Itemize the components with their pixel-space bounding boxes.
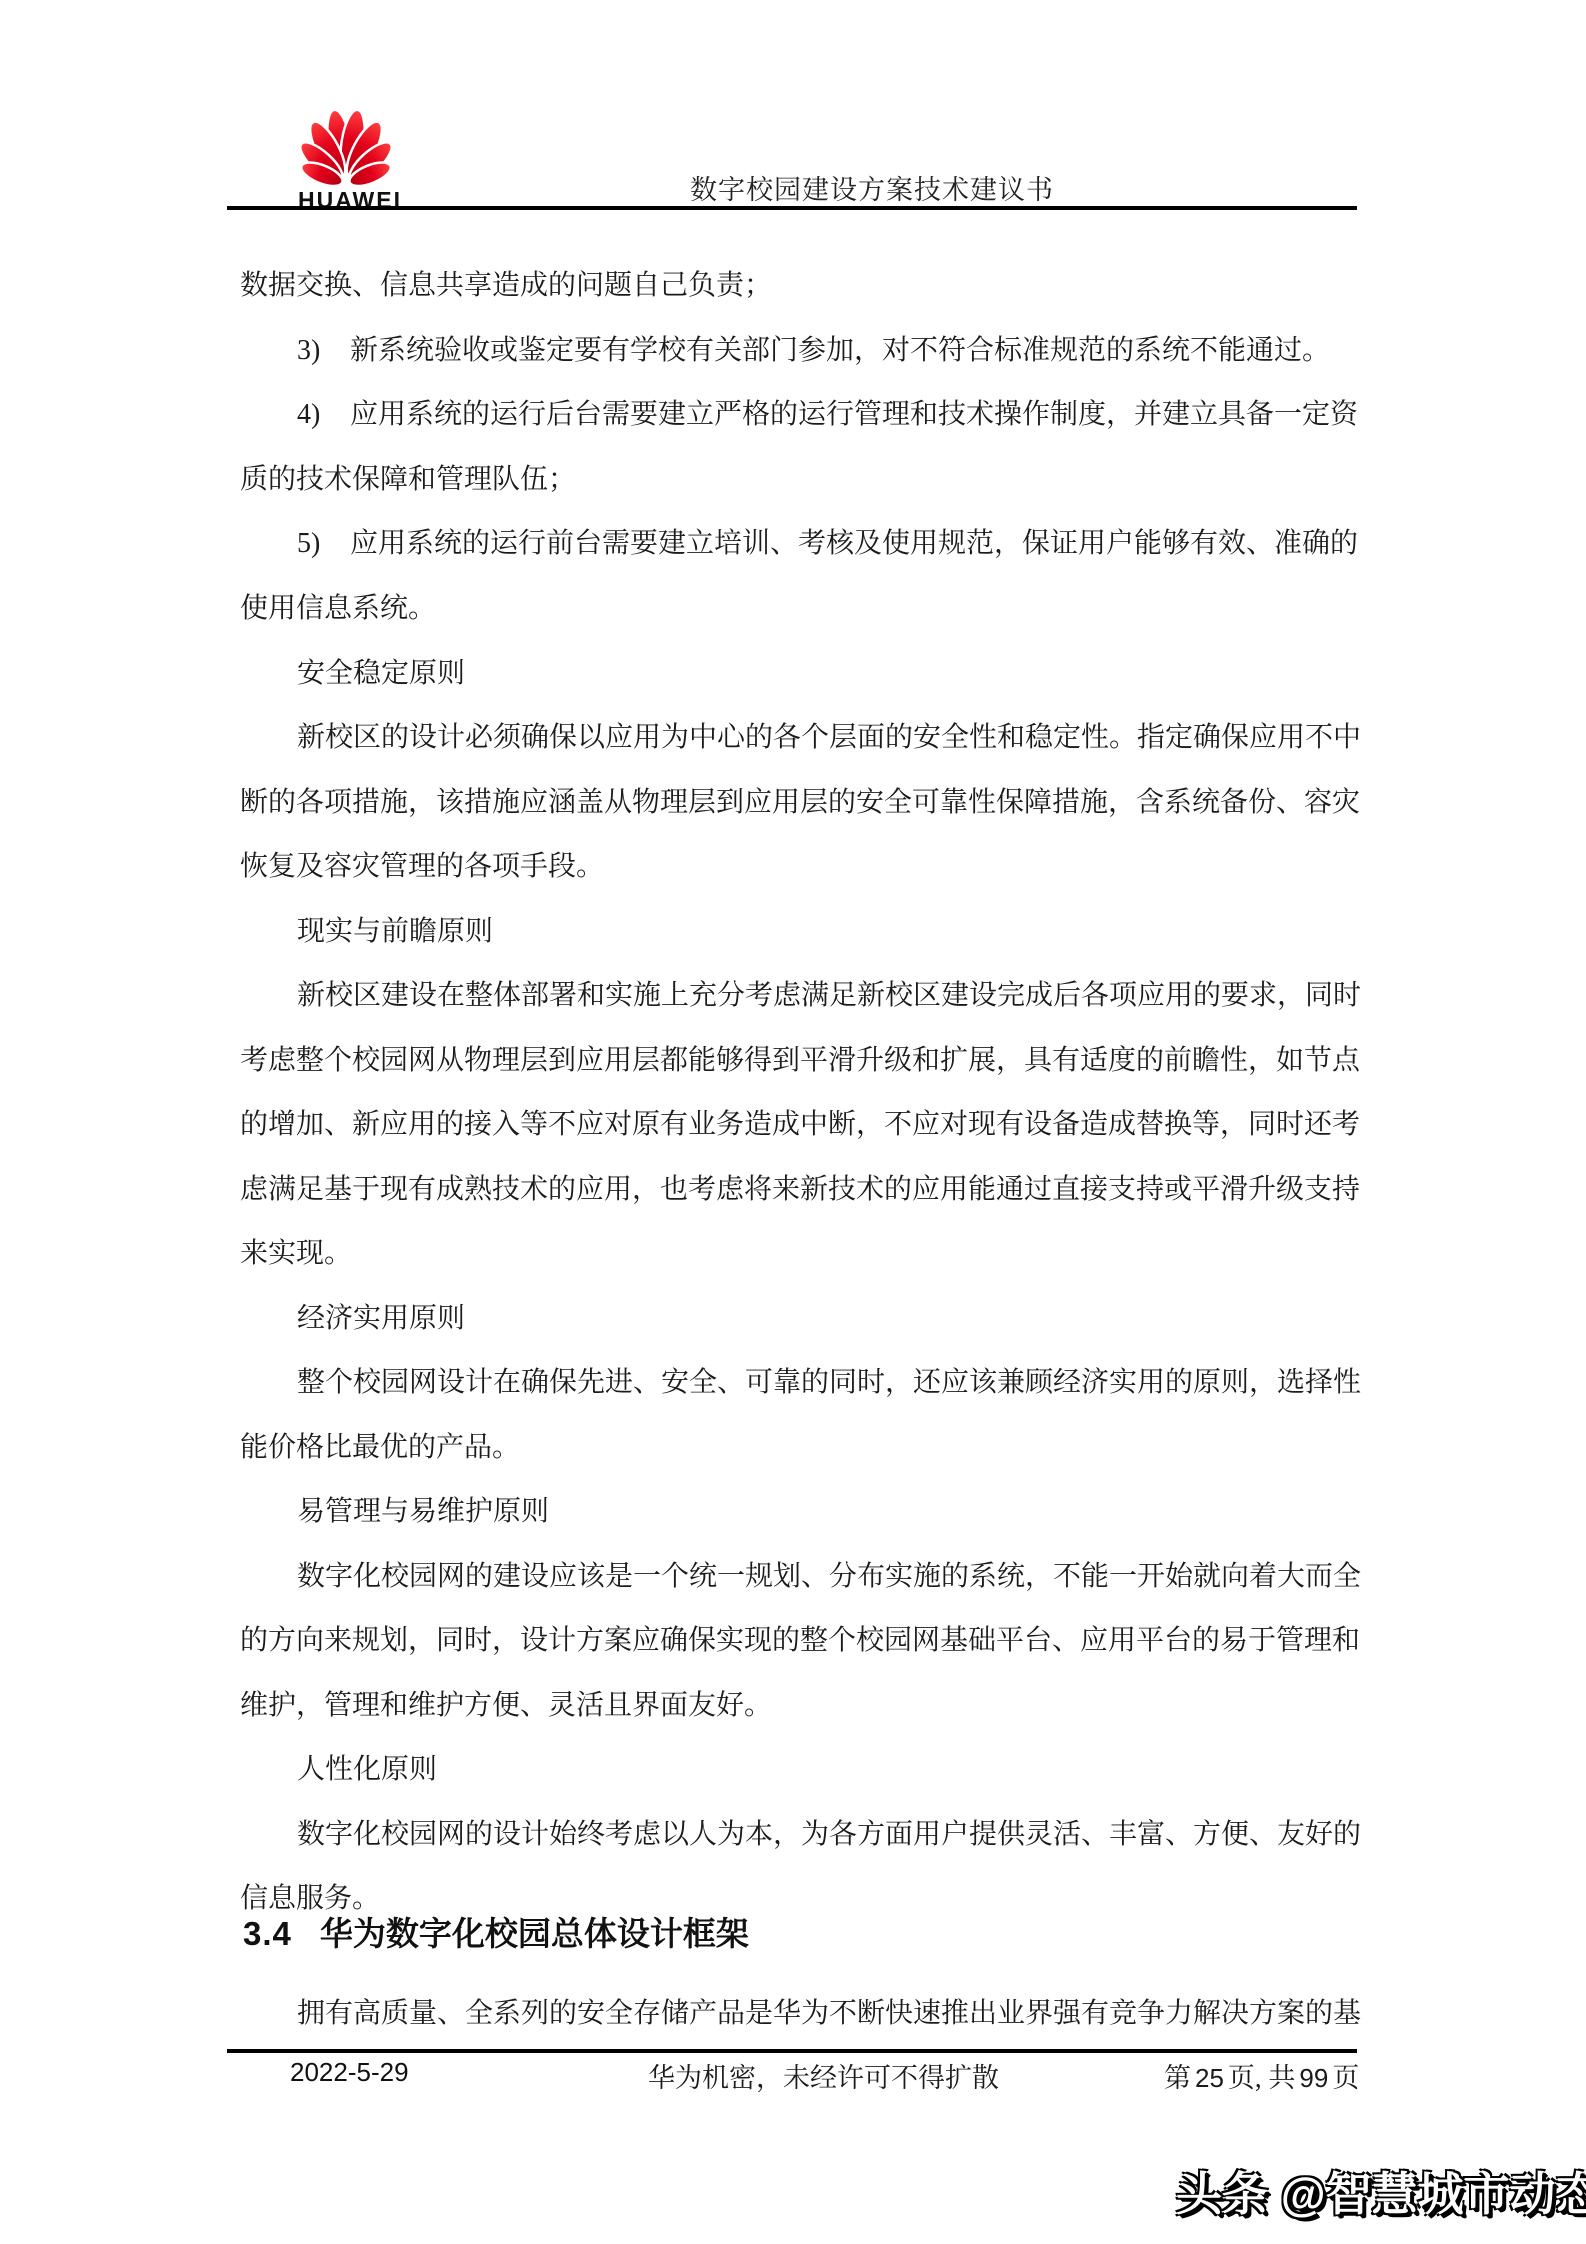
- line-text: 恢复及容灾管理的各项手段。: [240, 851, 604, 882]
- body-line: 考虑整个校园网从物理层到应用层都能够得到平滑升级和扩展，具有适度的前瞻性，如节点: [240, 1045, 1360, 1077]
- body-line: 数据交换、信息共享造成的问题自己负责；: [240, 270, 772, 302]
- body-line: 安全稳定原则: [240, 658, 465, 690]
- body-line: 经济实用原则: [240, 1303, 465, 1335]
- watermark: 头条 @智慧城市动态: [1176, 2158, 1586, 2224]
- body-line: 的增加、新应用的接入等不应对原有业务造成中断，不应对现有设备造成替换等，同时还考: [240, 1109, 1360, 1141]
- body-line: 4)应用系统的运行后台需要建立严格的运行管理和技术操作制度，并建立具备一定资: [240, 399, 1358, 431]
- body-line: 新校区的设计必须确保以应用为中心的各个层面的安全性和稳定性。指定确保应用不中: [240, 722, 1361, 754]
- list-number: 5): [297, 528, 350, 560]
- line-text: 的增加、新应用的接入等不应对原有业务造成中断，不应对现有设备造成替换等，同时还考: [240, 1109, 1360, 1140]
- line-text: 来实现。: [240, 1238, 352, 1269]
- line-text: 新系统验收或鉴定要有学校有关部门参加，对不符合标准规范的系统不能通过。: [350, 335, 1330, 366]
- header-document-title: 数字校园建设方案技术建议书: [690, 168, 1054, 207]
- body-line: 现实与前瞻原则: [240, 916, 493, 948]
- section-heading: 3.4华为数字化校园总体设计框架: [243, 1908, 749, 1955]
- body-line: 新校区建设在整体部署和实施上充分考虑满足新校区建设完成后各项应用的要求，同时: [240, 980, 1361, 1012]
- footer-confidential: 华为机密，未经许可不得扩散: [648, 2056, 999, 2095]
- body-line: 拥有高质量、全系列的安全存储产品是华为不断快速推出业界强有竞争力解决方案的基: [240, 1998, 1361, 2030]
- body-line: 人性化原则: [240, 1754, 437, 1786]
- line-text: 考虑整个校园网从物理层到应用层都能够得到平滑升级和扩展，具有适度的前瞻性，如节点: [240, 1045, 1360, 1076]
- body-line: 虑满足基于现有成熟技术的应用，也考虑将来新技术的应用能通过直接支持或平滑升级支持: [240, 1174, 1360, 1206]
- line-text: 新校区建设在整体部署和实施上充分考虑满足新校区建设完成后各项应用的要求，同时: [297, 980, 1361, 1011]
- section-number: 3.4: [243, 1915, 292, 1952]
- body-line: 数字化校园网的建设应该是一个统一规划、分布实施的系统，不能一开始就向着大而全: [240, 1561, 1361, 1593]
- section-title: 华为数字化校园总体设计框架: [320, 1915, 749, 1952]
- list-number: 4): [297, 399, 350, 431]
- huawei-flower-icon: [298, 106, 394, 186]
- line-text: 质的技术保障和管理队伍；: [240, 464, 576, 495]
- list-number: 3): [297, 335, 350, 367]
- body-line: 质的技术保障和管理队伍；: [240, 464, 576, 496]
- line-text: 人性化原则: [297, 1754, 437, 1785]
- line-text: 整个校园网设计在确保先进、安全、可靠的同时，还应该兼顾经济实用的原则，选择性: [297, 1367, 1361, 1398]
- line-text: 易管理与易维护原则: [297, 1496, 549, 1527]
- footer-page-prefix: 第: [1164, 2063, 1191, 2093]
- line-text: 虑满足基于现有成熟技术的应用，也考虑将来新技术的应用能通过直接支持或平滑升级支持: [240, 1174, 1360, 1205]
- footer-date: 2022-5-29: [290, 2057, 409, 2088]
- footer-page-suffix: 页: [1332, 2063, 1359, 2093]
- body-line: 使用信息系统。: [240, 593, 436, 625]
- line-text: 经济实用原则: [297, 1303, 465, 1334]
- footer-page-current: 25: [1195, 2063, 1224, 2093]
- body-line: 数字化校园网的设计始终考虑以人为本，为各方面用户提供灵活、丰富、方便、友好的: [240, 1819, 1361, 1851]
- line-text: 应用系统的运行后台需要建立严格的运行管理和技术操作制度，并建立具备一定资: [350, 399, 1358, 430]
- body-line: 来实现。: [240, 1238, 352, 1270]
- body-line: 易管理与易维护原则: [240, 1496, 549, 1528]
- footer-page-total: 99: [1299, 2063, 1328, 2093]
- body-line: 整个校园网设计在确保先进、安全、可靠的同时，还应该兼顾经济实用的原则，选择性: [240, 1367, 1361, 1399]
- footer-page-middle: 页, 共: [1228, 2063, 1296, 2093]
- body-line: 断的各项措施，该措施应涵盖从物理层到应用层的安全可靠性保障措施，含系统备份、容灾: [240, 787, 1360, 819]
- line-text: 数字化校园网的设计始终考虑以人为本，为各方面用户提供灵活、丰富、方便、友好的: [297, 1819, 1361, 1850]
- huawei-logo: HUAWEI: [298, 106, 394, 214]
- line-text: 断的各项措施，该措施应涵盖从物理层到应用层的安全可靠性保障措施，含系统备份、容灾: [240, 787, 1360, 818]
- line-text: 维护，管理和维护方便、灵活且界面友好。: [240, 1690, 772, 1721]
- line-text: 安全稳定原则: [297, 658, 465, 689]
- line-text: 应用系统的运行前台需要建立培训、考核及使用规范，保证用户能够有效、准确的: [350, 528, 1358, 559]
- body-line: 恢复及容灾管理的各项手段。: [240, 851, 604, 883]
- line-text: 能价格比最优的产品。: [240, 1432, 520, 1463]
- body-line: 的方向来规划，同时，设计方案应确保实现的整个校园网基础平台、应用平台的易于管理和: [240, 1625, 1360, 1657]
- line-text: 现实与前瞻原则: [297, 916, 493, 947]
- line-text: 使用信息系统。: [240, 593, 436, 624]
- body-line: 维护，管理和维护方便、灵活且界面友好。: [240, 1690, 772, 1722]
- header-rule: [227, 206, 1357, 210]
- body-line: 能价格比最优的产品。: [240, 1432, 520, 1464]
- body-line: 5)应用系统的运行前台需要建立培训、考核及使用规范，保证用户能够有效、准确的: [240, 528, 1358, 560]
- footer-rule: [227, 2049, 1357, 2053]
- footer-page-info: 第25页, 共99页: [1164, 2056, 1359, 2095]
- line-text: 拥有高质量、全系列的安全存储产品是华为不断快速推出业界强有竞争力解决方案的基: [297, 1998, 1361, 2029]
- line-text: 数据交换、信息共享造成的问题自己负责；: [240, 270, 772, 301]
- line-text: 的方向来规划，同时，设计方案应确保实现的整个校园网基础平台、应用平台的易于管理和: [240, 1625, 1360, 1656]
- body-line: 3)新系统验收或鉴定要有学校有关部门参加，对不符合标准规范的系统不能通过。: [240, 335, 1330, 367]
- line-text: 新校区的设计必须确保以应用为中心的各个层面的安全性和稳定性。指定确保应用不中: [297, 722, 1361, 753]
- line-text: 数字化校园网的建设应该是一个统一规划、分布实施的系统，不能一开始就向着大而全: [297, 1561, 1361, 1592]
